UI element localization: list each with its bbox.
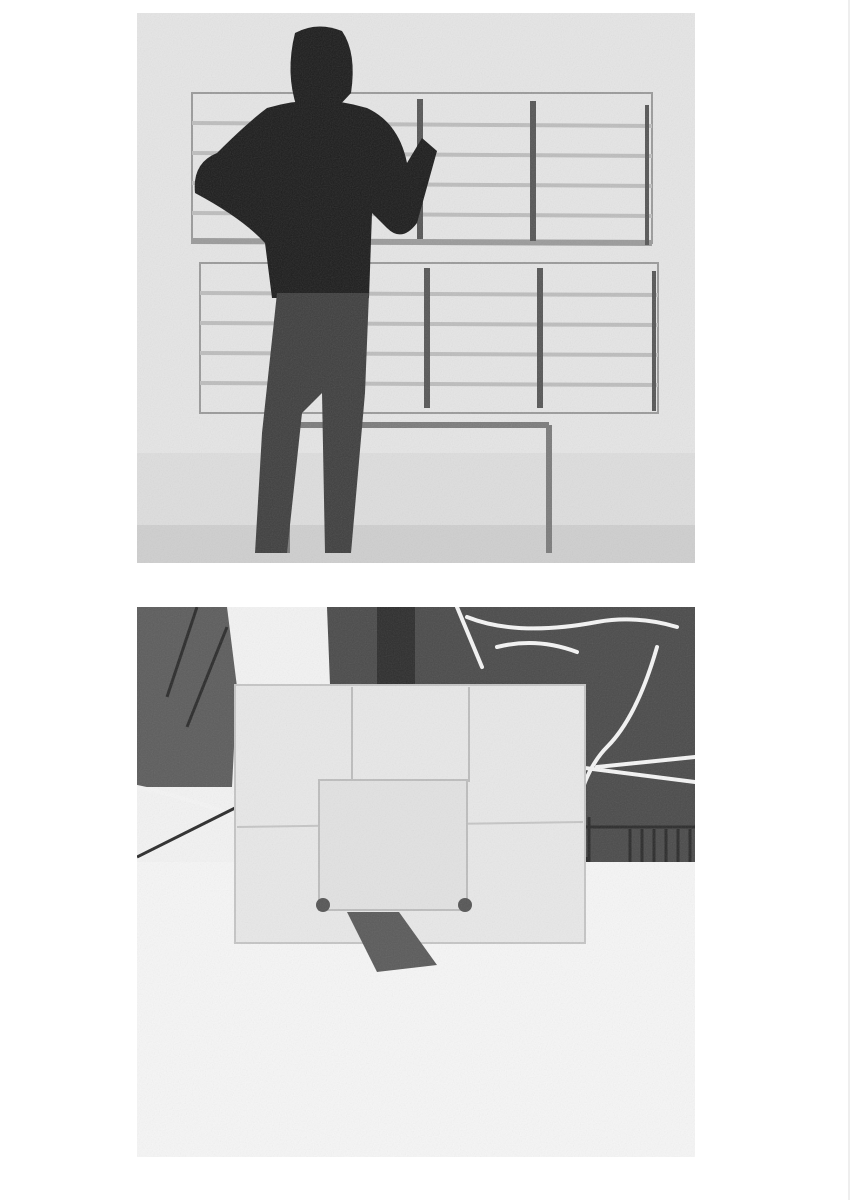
photo-person-at-wall-relief xyxy=(137,13,695,563)
photo-bottom-illustration xyxy=(137,607,695,1157)
scan-edge-line xyxy=(848,0,850,1200)
photo-panels-in-snow xyxy=(137,607,695,1157)
photo-top-illustration xyxy=(137,13,695,563)
